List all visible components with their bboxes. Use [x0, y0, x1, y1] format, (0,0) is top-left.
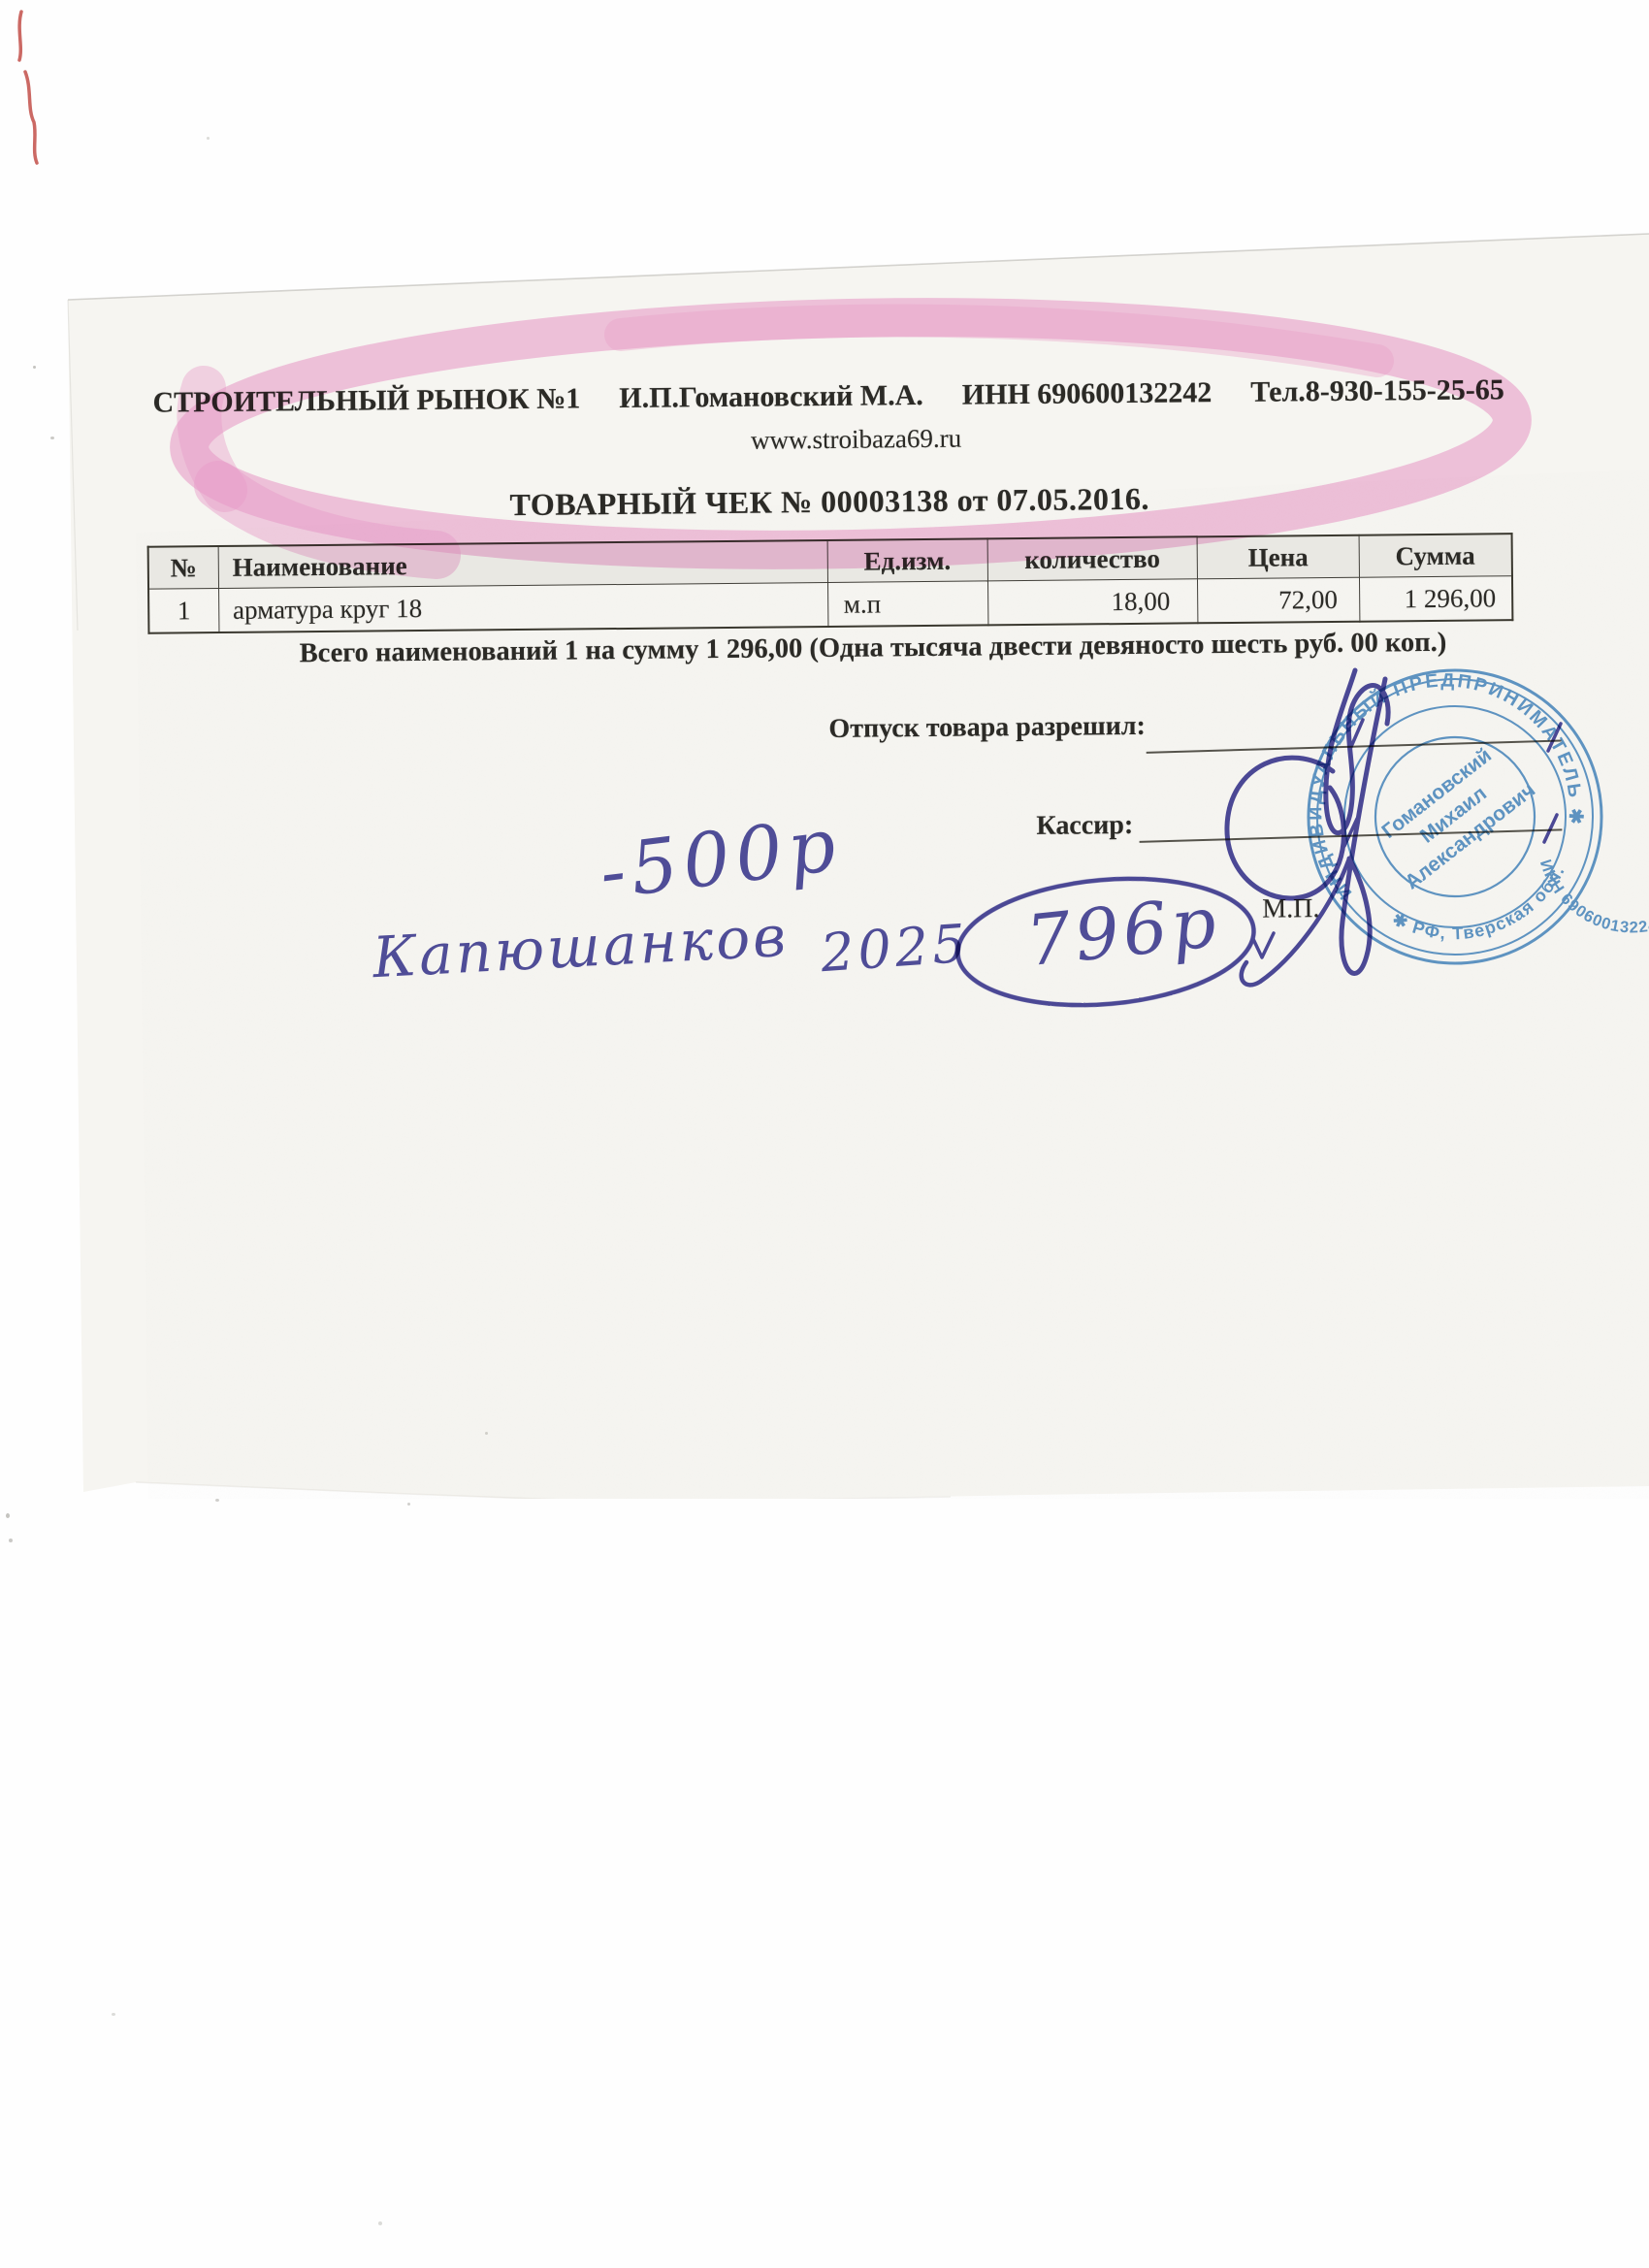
receipt-header-line: СТРОИТЕЛЬНЫЙ РЫНОК №1 И.П.Гомановский М.…: [145, 373, 1511, 420]
scan-speck: [33, 366, 36, 369]
total-in-words: Всего наименований 1 на сумму 1 296,00 (…: [300, 628, 1447, 669]
item-number: 1: [148, 588, 219, 632]
scan-speck: [207, 137, 210, 140]
item-unit: м.п: [827, 581, 987, 627]
col-name: Наименование: [218, 540, 827, 589]
scanned-receipt-page: СТРОИТЕЛЬНЫЙ РЫНОК №1 И.П.Гомановский М.…: [0, 0, 1649, 2268]
website: www.stroibaza69.ru: [173, 418, 1538, 462]
item-amount: 1 296,00: [1359, 576, 1512, 622]
items-table: № Наименование Ед.изм. количество Цена С…: [147, 533, 1514, 634]
handwritten-note: 2025: [819, 913, 971, 985]
col-unit: Ед.изм.: [827, 538, 987, 582]
col-sum: Сумма: [1359, 534, 1512, 577]
cashier-signature-line: [1140, 828, 1563, 843]
cashier-label: Кассир:: [1036, 810, 1133, 842]
proprietor-name: И.П.Гомановский М.А.: [619, 379, 923, 415]
receipt-title: ТОВАРНЫЙ ЧЕК № 00003138 от 07.05.2016.: [146, 477, 1512, 527]
scan-speck: [6, 1513, 10, 1518]
col-number: №: [148, 546, 219, 589]
scan-speck: [112, 2013, 115, 2016]
scan-speck: [50, 437, 54, 439]
item-quantity: 18,00: [987, 579, 1198, 626]
printed-content: СТРОИТЕЛЬНЫЙ РЫНОК №1 И.П.Гомановский М.…: [0, 0, 1649, 1172]
col-price: Цена: [1197, 535, 1359, 579]
col-quantity: количество: [987, 536, 1198, 581]
scan-speck: [215, 1499, 219, 1502]
scan-speck: [378, 2221, 382, 2225]
item-name: арматура круг 18: [218, 582, 827, 632]
scan-speck: [9, 1539, 13, 1542]
scan-speck: [407, 1503, 410, 1506]
seal-place-label: М.П.: [1262, 893, 1319, 925]
release-signature-line: [1147, 740, 1562, 754]
inn-number: ИНН 690600132242: [962, 376, 1212, 411]
release-label: Отпуск товара разрешил:: [828, 711, 1146, 745]
scan-speck: [485, 1432, 488, 1435]
item-price: 72,00: [1198, 577, 1360, 623]
store-name: СТРОИТЕЛЬНЫЙ РЫНОК №1: [152, 382, 580, 419]
phone-number: Тел.8-930-155-25-65: [1250, 373, 1504, 409]
